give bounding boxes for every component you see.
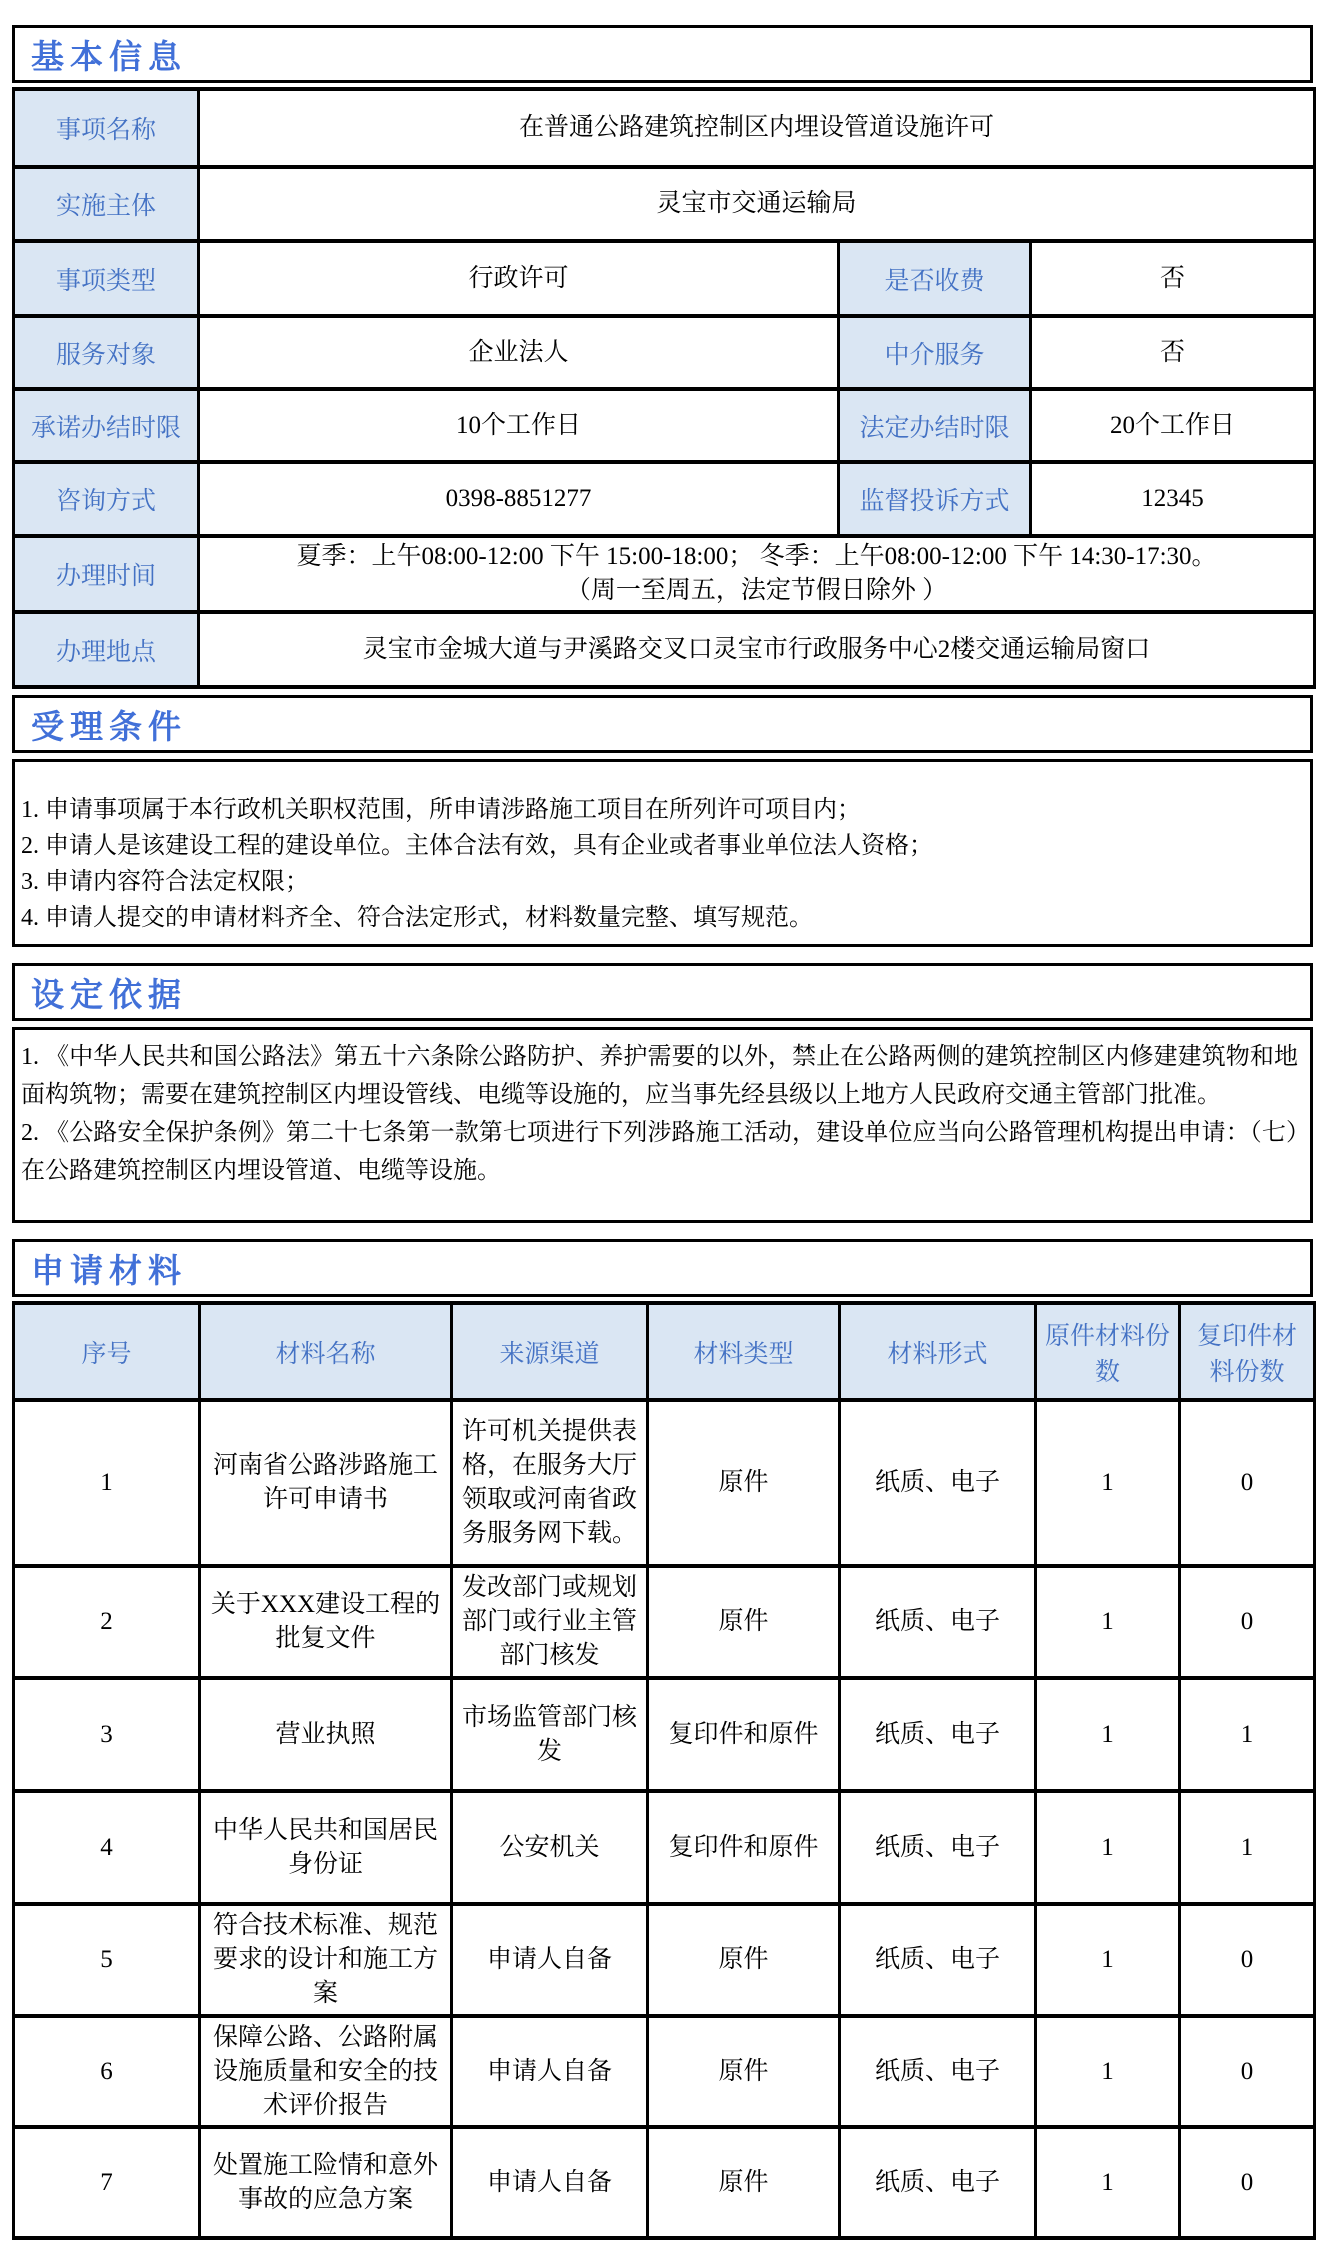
material-type: 原件 [648, 2127, 840, 2238]
material-name: 符合技术标准、规范要求的设计和施工方案 [200, 1904, 452, 2016]
photocopy-copies: 1 [1180, 1678, 1315, 1791]
photocopy-copies: 0 [1180, 1400, 1315, 1566]
materials-row: 2关于XXX建设工程的批复文件发改部门或规划部门或行业主管部门核发原件纸质、电子… [14, 1566, 1315, 1678]
material-type: 复印件和原件 [648, 1678, 840, 1791]
material-type: 原件 [648, 1566, 840, 1678]
field-label: 实施主体 [14, 167, 199, 241]
material-source: 发改部门或规划部门或行业主管部门核发 [452, 1566, 648, 1678]
original-copies: 1 [1036, 1678, 1180, 1791]
original-copies: 1 [1036, 1400, 1180, 1566]
field-value-line: （周一至周五，法定节假日除外 ） [204, 574, 1309, 608]
material-form: 纸质、电子 [840, 2127, 1036, 2238]
material-type: 复印件和原件 [648, 1791, 840, 1904]
info-row: 事项类型行政许可是否收费否 [14, 241, 1315, 316]
field-label: 事项类型 [14, 241, 199, 316]
material-type: 原件 [648, 1400, 840, 1566]
material-type: 原件 [648, 2016, 840, 2127]
materials-column-header: 材料名称 [200, 1303, 452, 1400]
materials-row: 6保障公路、公路附属设施质量和安全的技术评价报告申请人自备原件纸质、电子10 [14, 2016, 1315, 2127]
material-form: 纸质、电子 [840, 1400, 1036, 1566]
original-copies: 1 [1036, 1566, 1180, 1678]
photocopy-copies: 0 [1180, 2016, 1315, 2127]
photocopy-copies: 0 [1180, 2127, 1315, 2238]
material-name: 处置施工险情和意外事故的应急方案 [200, 2127, 452, 2238]
photocopy-copies: 0 [1180, 1566, 1315, 1678]
info-row: 办理时间夏季：上午08:00-12:00 下午 15:00-18:00； 冬季：… [14, 536, 1315, 612]
section-title-basis: 设定依据 [31, 969, 187, 1016]
field-label: 中介服务 [839, 316, 1031, 389]
material-source: 公安机关 [452, 1791, 648, 1904]
materials-column-header: 材料类型 [648, 1303, 840, 1400]
field-label: 承诺办结时限 [14, 389, 199, 462]
field-value: 在普通公路建筑控制区内埋设管道设施许可 [199, 89, 1315, 167]
section-header-basic-info: 基本信息 [12, 25, 1313, 83]
basis-item: 1. 《中华人民共和国公路法》第五十六条除公路防护、养护需要的以外，禁止在公路两… [21, 1038, 1298, 1114]
material-form: 纸质、电子 [840, 2016, 1036, 2127]
materials-row: 7处置施工险情和意外事故的应急方案申请人自备原件纸质、电子10 [14, 2127, 1315, 2238]
materials-column-header: 复印件材料份数 [1180, 1303, 1315, 1400]
legal-basis-box: 1. 《中华人民共和国公路法》第五十六条除公路防护、养护需要的以外，禁止在公路两… [12, 1027, 1313, 1223]
field-label: 办理时间 [14, 536, 199, 612]
material-name: 营业执照 [200, 1678, 452, 1791]
section-title-materials: 申请材料 [31, 1245, 187, 1292]
field-value: 灵宝市金城大道与尹溪路交叉口灵宝市行政服务中心2楼交通运输局窗口 [199, 612, 1315, 687]
materials-row: 1河南省公路涉路施工许可申请书许可机关提供表格，在服务大厅领取或河南省政务服务网… [14, 1400, 1315, 1566]
materials-table: 序号材料名称来源渠道材料类型材料形式原件材料份数复印件材料份数 1河南省公路涉路… [12, 1301, 1316, 2240]
section-header-acceptance: 受理条件 [12, 695, 1313, 753]
materials-header-row: 序号材料名称来源渠道材料类型材料形式原件材料份数复印件材料份数 [14, 1303, 1315, 1400]
info-row: 办理地点灵宝市金城大道与尹溪路交叉口灵宝市行政服务中心2楼交通运输局窗口 [14, 612, 1315, 687]
acceptance-conditions-box: 1. 申请事项属于本行政机关职权范围，所申请涉路施工项目在所列许可项目内；2. … [12, 759, 1313, 947]
section-header-materials: 申请材料 [12, 1239, 1313, 1297]
material-name: 中华人民共和国居民身份证 [200, 1791, 452, 1904]
original-copies: 1 [1036, 2016, 1180, 2127]
condition-item: 4. 申请人提交的申请材料齐全、符合法定形式，材料数量完整、填写规范。 [21, 900, 1298, 936]
info-row: 承诺办结时限10个工作日法定办结时限20个工作日 [14, 389, 1315, 462]
material-form: 纸质、电子 [840, 1791, 1036, 1904]
field-value: 夏季：上午08:00-12:00 下午 15:00-18:00； 冬季：上午08… [199, 536, 1315, 612]
field-value: 10个工作日 [199, 389, 839, 462]
field-value: 否 [1031, 241, 1315, 316]
field-value: 0398-8851277 [199, 462, 839, 536]
material-name: 关于XXX建设工程的批复文件 [200, 1566, 452, 1678]
field-value: 行政许可 [199, 241, 839, 316]
material-form: 纸质、电子 [840, 1678, 1036, 1791]
materials-column-header: 来源渠道 [452, 1303, 648, 1400]
basis-item: 2. 《公路安全保护条例》第二十七条第一款第七项进行下列涉路施工活动，建设单位应… [21, 1114, 1298, 1190]
info-row: 咨询方式0398-8851277监督投诉方式12345 [14, 462, 1315, 536]
material-form: 纸质、电子 [840, 1904, 1036, 2016]
section-title-acceptance: 受理条件 [31, 701, 187, 748]
material-type: 原件 [648, 1904, 840, 2016]
field-value: 否 [1031, 316, 1315, 389]
field-value: 灵宝市交通运输局 [199, 167, 1315, 241]
field-label: 服务对象 [14, 316, 199, 389]
field-label: 法定办结时限 [839, 389, 1031, 462]
basic-info-table: 事项名称在普通公路建筑控制区内埋设管道设施许可实施主体灵宝市交通运输局事项类型行… [12, 87, 1316, 689]
material-source: 市场监管部门核发 [452, 1678, 648, 1791]
original-copies: 1 [1036, 2127, 1180, 2238]
materials-row: 5符合技术标准、规范要求的设计和施工方案申请人自备原件纸质、电子10 [14, 1904, 1315, 2016]
field-label: 办理地点 [14, 612, 199, 687]
field-label: 是否收费 [839, 241, 1031, 316]
materials-column-header: 序号 [14, 1303, 200, 1400]
material-source: 许可机关提供表格，在服务大厅领取或河南省政务服务网下载。 [452, 1400, 648, 1566]
field-label: 咨询方式 [14, 462, 199, 536]
material-index: 4 [14, 1791, 200, 1904]
material-index: 2 [14, 1566, 200, 1678]
condition-item: 2. 申请人是该建设工程的建设单位。主体合法有效，具有企业或者事业单位法人资格； [21, 828, 1298, 864]
info-row: 实施主体灵宝市交通运输局 [14, 167, 1315, 241]
material-name: 保障公路、公路附属设施质量和安全的技术评价报告 [200, 2016, 452, 2127]
service-item-page: 基本信息 事项名称在普通公路建筑控制区内埋设管道设施许可实施主体灵宝市交通运输局… [0, 0, 1328, 2256]
materials-column-header: 材料形式 [840, 1303, 1036, 1400]
materials-column-header: 原件材料份数 [1036, 1303, 1180, 1400]
materials-row: 3营业执照市场监管部门核发复印件和原件纸质、电子11 [14, 1678, 1315, 1791]
original-copies: 1 [1036, 1904, 1180, 2016]
field-label: 事项名称 [14, 89, 199, 167]
material-index: 5 [14, 1904, 200, 2016]
material-index: 6 [14, 2016, 200, 2127]
field-label: 监督投诉方式 [839, 462, 1031, 536]
material-index: 3 [14, 1678, 200, 1791]
material-form: 纸质、电子 [840, 1566, 1036, 1678]
photocopy-copies: 0 [1180, 1904, 1315, 2016]
materials-row: 4中华人民共和国居民身份证公安机关复印件和原件纸质、电子11 [14, 1791, 1315, 1904]
info-row: 服务对象企业法人中介服务否 [14, 316, 1315, 389]
photocopy-copies: 1 [1180, 1791, 1315, 1904]
field-value: 12345 [1031, 462, 1315, 536]
field-value: 企业法人 [199, 316, 839, 389]
section-title-basic-info: 基本信息 [31, 31, 187, 78]
field-value: 20个工作日 [1031, 389, 1315, 462]
material-name: 河南省公路涉路施工许可申请书 [200, 1400, 452, 1566]
section-header-basis: 设定依据 [12, 963, 1313, 1021]
info-row: 事项名称在普通公路建筑控制区内埋设管道设施许可 [14, 89, 1315, 167]
material-index: 1 [14, 1400, 200, 1566]
material-source: 申请人自备 [452, 1904, 648, 2016]
original-copies: 1 [1036, 1791, 1180, 1904]
material-source: 申请人自备 [452, 2016, 648, 2127]
condition-item: 3. 申请内容符合法定权限； [21, 864, 1298, 900]
condition-item: 1. 申请事项属于本行政机关职权范围，所申请涉路施工项目在所列许可项目内； [21, 792, 1298, 828]
material-index: 7 [14, 2127, 200, 2238]
field-value-line: 夏季：上午08:00-12:00 下午 15:00-18:00； 冬季：上午08… [204, 540, 1309, 574]
material-source: 申请人自备 [452, 2127, 648, 2238]
